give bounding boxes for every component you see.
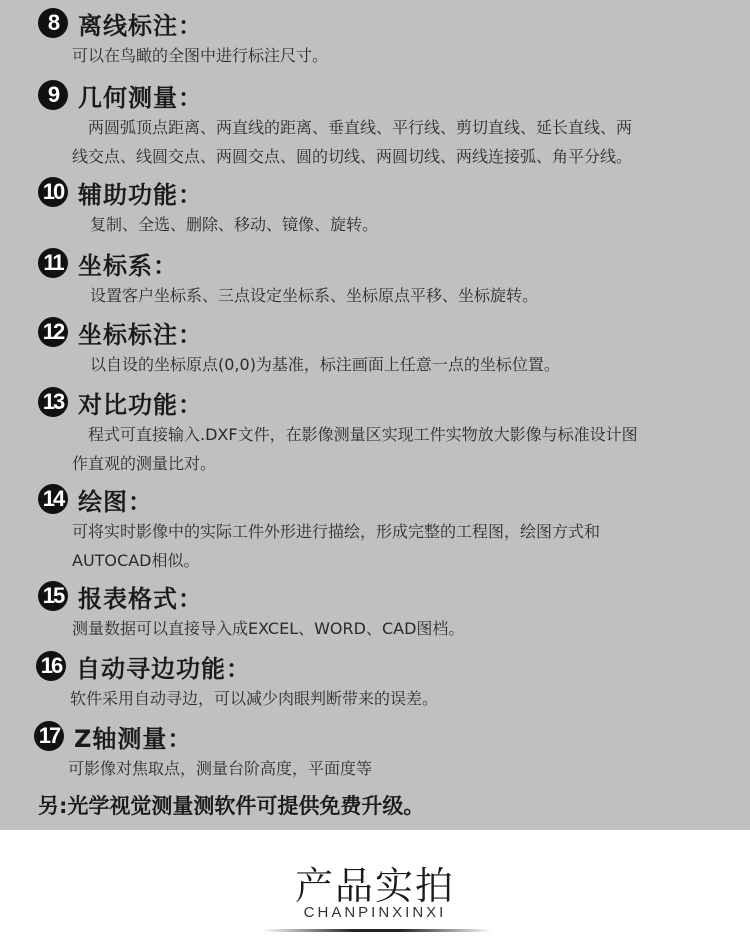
feature-desc-line: 两圆弧顶点距离、两直线的距离、垂直线、平行线、剪切直线、延长直线、两 bbox=[0, 113, 750, 142]
feature-item-16: 16 自动寻边功能： 软件采用自动寻边，可以减少肉眼判断带来的误差。 bbox=[0, 648, 750, 713]
number-badge-icon: 8 bbox=[38, 8, 68, 38]
number-badge-icon: 12 bbox=[38, 317, 68, 347]
number-badge-icon: 9 bbox=[38, 80, 68, 110]
feature-desc: 以自设的坐标原点(0,0)为基准，标注画面上任意一点的坐标位置。 bbox=[0, 350, 750, 379]
feature-title: 辅助功能： bbox=[78, 175, 203, 210]
upgrade-note: 另:光学视觉测量测软件可提供免费升级。 bbox=[38, 790, 424, 820]
feature-desc-line: 可将实时影像中的实际工件外形进行描绘，形成完整的工程图，绘图方式和 bbox=[0, 517, 750, 546]
feature-title: 坐标标注： bbox=[78, 315, 203, 350]
feature-item-17: 17 Z轴测量： 可影像对焦取点，测量台阶高度，平面度等 bbox=[0, 718, 750, 783]
number-badge-icon: 17 bbox=[34, 721, 64, 751]
number-badge-icon: 16 bbox=[36, 651, 66, 681]
section-subtitle: CHANPINXINXI bbox=[0, 904, 750, 921]
feature-item-9: 9 几何测量： 两圆弧顶点距离、两直线的距离、垂直线、平行线、剪切直线、延长直线… bbox=[0, 77, 750, 171]
feature-item-14: 14 绘图： 可将实时影像中的实际工件外形进行描绘，形成完整的工程图，绘图方式和… bbox=[0, 481, 750, 575]
feature-desc: 设置客户坐标系、三点设定坐标系、坐标原点平移、坐标旋转。 bbox=[0, 281, 750, 310]
feature-desc: 测量数据可以直接导入成EXCEL、WORD、CAD图档。 bbox=[0, 614, 750, 643]
feature-title: 离线标注： bbox=[78, 6, 203, 41]
feature-item-15: 15 报表格式： 测量数据可以直接导入成EXCEL、WORD、CAD图档。 bbox=[0, 578, 750, 643]
feature-desc-line: 线交点、线圆交点、两圆交点、圆的切线、两圆切线、两线连接弧、角平分线。 bbox=[0, 142, 750, 171]
feature-desc-line: AUTOCAD相似。 bbox=[0, 546, 750, 575]
feature-item-11: 11 坐标系： 设置客户坐标系、三点设定坐标系、坐标原点平移、坐标旋转。 bbox=[0, 245, 750, 310]
feature-item-13: 13 对比功能： 程式可直接输入.DXF文件，在影像测量区实现工件实物放大影像与… bbox=[0, 384, 750, 478]
feature-title: 报表格式： bbox=[78, 579, 203, 614]
feature-desc: 可以在鸟瞰的全图中进行标注尺寸。 bbox=[0, 41, 750, 70]
number-badge-icon: 10 bbox=[38, 177, 68, 207]
number-badge-icon: 13 bbox=[38, 387, 68, 417]
feature-item-12: 12 坐标标注： 以自设的坐标原点(0,0)为基准，标注画面上任意一点的坐标位置… bbox=[0, 314, 750, 379]
feature-desc-line: 程式可直接输入.DXF文件，在影像测量区实现工件实物放大影像与标准设计图 bbox=[0, 420, 750, 449]
section-title: 产品实拍 bbox=[0, 855, 750, 910]
feature-title: Z轴测量： bbox=[74, 719, 192, 754]
feature-title: 坐标系： bbox=[78, 246, 178, 281]
feature-desc: 可影像对焦取点，测量台阶高度，平面度等 bbox=[0, 754, 750, 783]
feature-desc: 复制、全选、删除、移动、镜像、旋转。 bbox=[0, 210, 750, 239]
number-badge-icon: 11 bbox=[38, 248, 68, 278]
feature-desc-line: 作直观的测量比对。 bbox=[0, 449, 750, 478]
feature-title: 几何测量： bbox=[78, 78, 203, 113]
feature-item-10: 10 辅助功能： 复制、全选、删除、移动、镜像、旋转。 bbox=[0, 174, 750, 239]
feature-item-8: 8 离线标注： 可以在鸟瞰的全图中进行标注尺寸。 bbox=[0, 5, 750, 70]
section-divider bbox=[262, 929, 492, 932]
feature-title: 自动寻边功能： bbox=[76, 649, 251, 684]
feature-desc: 软件采用自动寻边，可以减少肉眼判断带来的误差。 bbox=[0, 684, 750, 713]
number-badge-icon: 15 bbox=[38, 581, 68, 611]
feature-title: 绘图： bbox=[78, 482, 153, 517]
feature-title: 对比功能： bbox=[78, 385, 203, 420]
number-badge-icon: 14 bbox=[38, 484, 68, 514]
feature-panel: 8 离线标注： 可以在鸟瞰的全图中进行标注尺寸。 9 几何测量： 两圆弧顶点距离… bbox=[0, 0, 750, 830]
